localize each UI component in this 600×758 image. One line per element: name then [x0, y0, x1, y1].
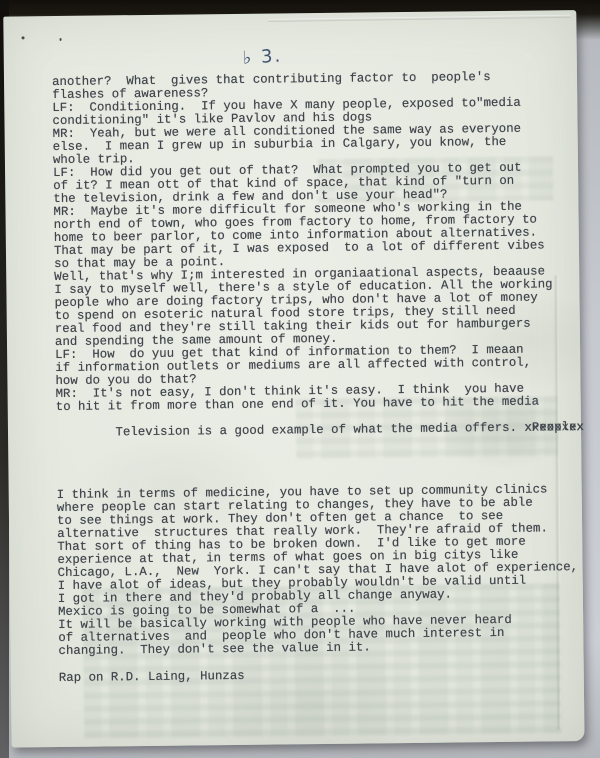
handwritten-page-number: ♭ 3.	[242, 45, 283, 68]
photo-background: ♭ 3. another? What gives that contributi…	[0, 0, 600, 758]
strikeout-overlay-text: xxxxxxxx	[524, 421, 584, 435]
typed-line-with-strikeout: Television is a good example of what the…	[56, 408, 571, 453]
paper-sheet: ♭ 3. another? What gives that contributi…	[3, 10, 584, 747]
typed-line-text: Television is a good example of what the…	[115, 421, 524, 440]
typed-text: another? What gives that contributing fa…	[52, 70, 574, 685]
signature-line: Rap on R.D. Laing, Hunzas	[59, 666, 574, 685]
typed-block-1: another? What gives that contributing fa…	[52, 70, 571, 414]
paper-speck	[22, 36, 25, 39]
typed-block-2: I think in terms of medicine, you have t…	[57, 483, 574, 658]
strikeout-word: xPeoplexxxxxxxxx	[524, 421, 584, 435]
paper-speck	[60, 38, 62, 41]
underlying-sheet-edge	[268, 15, 570, 22]
